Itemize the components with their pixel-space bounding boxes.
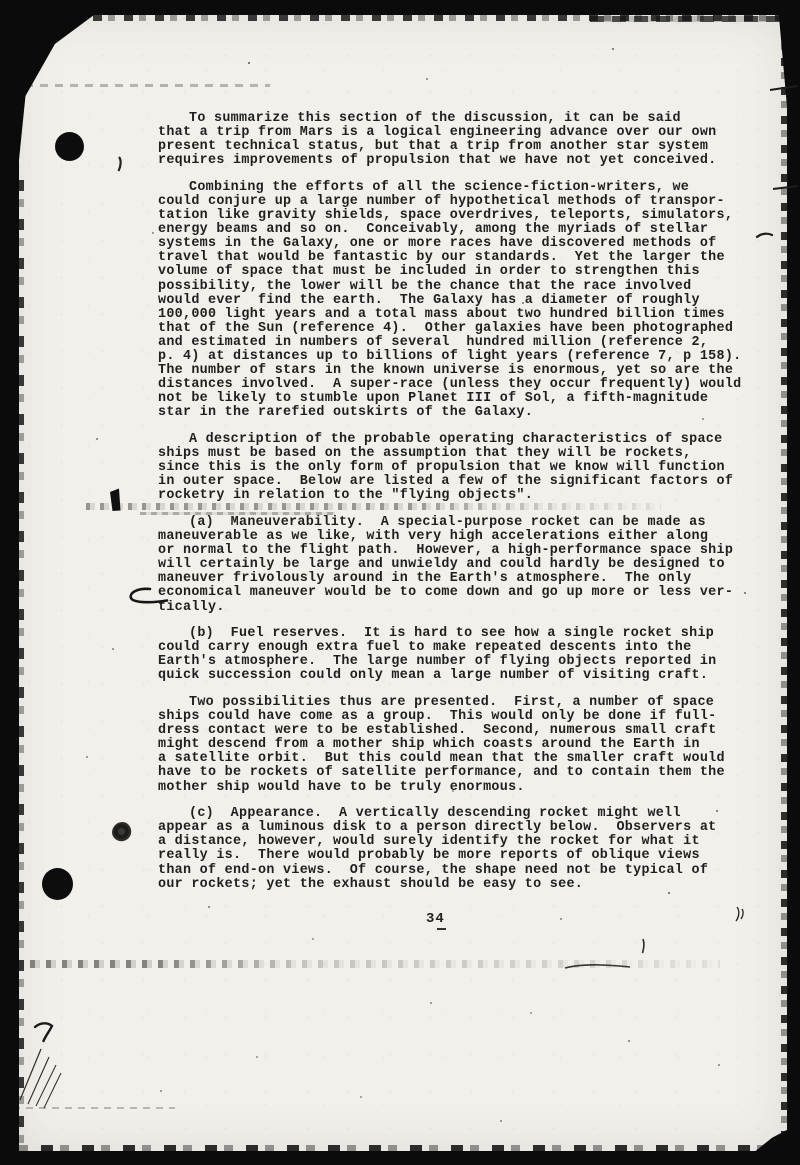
- tally-mark: [110, 489, 121, 512]
- scratch-line: [36, 1065, 56, 1106]
- small-squiggle-mark: [119, 157, 121, 171]
- wavy-smudge: [565, 965, 630, 968]
- margin-dash: [757, 234, 772, 237]
- small-mark: [736, 907, 743, 921]
- margin-dash: [770, 86, 797, 90]
- scratch-line: [28, 1057, 49, 1104]
- handwritten-hook-mark: [35, 1023, 52, 1041]
- small-mark: [643, 939, 644, 953]
- scratch-line: [44, 1073, 61, 1108]
- pen-marks-overlay: [0, 0, 800, 1165]
- margin-dash: [773, 186, 798, 189]
- pen-swoosh-mark: [131, 589, 167, 602]
- scanned-document-page: To summarize this section of the discuss…: [0, 0, 800, 1165]
- scratch-line: [20, 1049, 41, 1100]
